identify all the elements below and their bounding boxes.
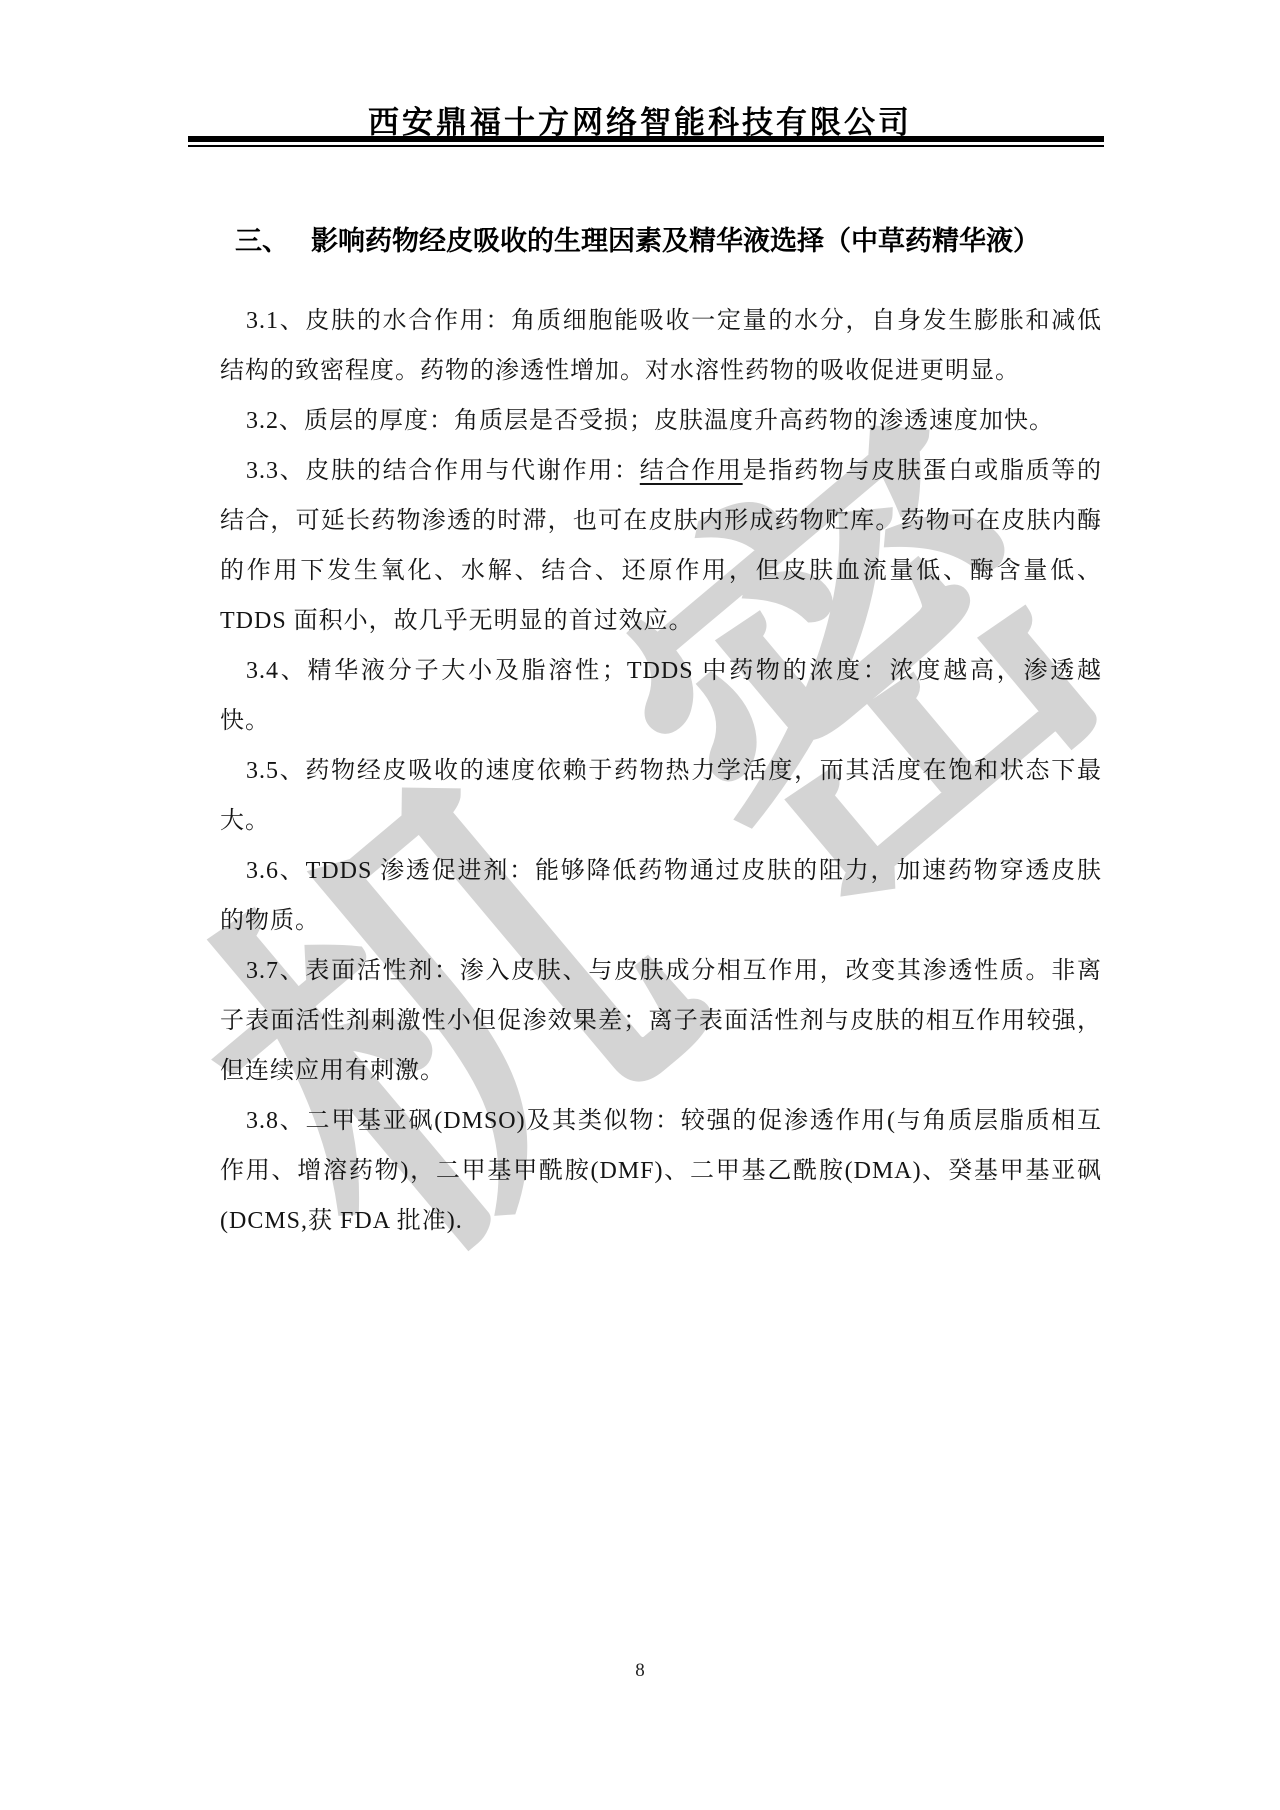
section-number: 三、 bbox=[235, 226, 289, 256]
page-number: 8 bbox=[0, 1660, 1280, 1682]
section-title-text: 影响药物经皮吸收的生理因素及精华液选择（中草药精华液） bbox=[311, 226, 1040, 256]
paragraph-text: 3.1、皮肤的水合作用：角质细胞能吸收一定量的水分，自身发生膨胀和减低结构的致密… bbox=[220, 308, 1102, 384]
paragraph-text: 3.8、二甲基亚砜(DMSO)及其类似物：较强的促渗透作用(与角质层脂质相互作用… bbox=[220, 1108, 1102, 1234]
body-text: 3.1、皮肤的水合作用：角质细胞能吸收一定量的水分，自身发生膨胀和减低结构的致密… bbox=[220, 296, 1102, 1246]
paragraph-text: 3.6、TDDS 渗透促进剂：能够降低药物通过皮肤的阻力，加速药物穿透皮肤的物质… bbox=[220, 858, 1102, 934]
paragraph-3-3: 3.3、皮肤的结合作用与代谢作用：结合作用是指药物与皮肤蛋白或脂质等的结合，可延… bbox=[220, 446, 1102, 646]
document-page: { "page": { "header": { "company": "西安鼎福… bbox=[0, 0, 1280, 1810]
paragraph-3-2: 3.2、质层的厚度：角质层是否受损；皮肤温度升高药物的渗透速度加快。 bbox=[220, 396, 1102, 446]
section-title: 三、影响药物经皮吸收的生理因素及精华液选择（中草药精华液） bbox=[235, 219, 1040, 258]
paragraph-3-8: 3.8、二甲基亚砜(DMSO)及其类似物：较强的促渗透作用(与角质层脂质相互作用… bbox=[220, 1096, 1102, 1246]
paragraph-3-5: 3.5、药物经皮吸收的速度依赖于药物热力学活度，而其活度在饱和状态下最大。 bbox=[220, 746, 1102, 846]
paragraph-3-1: 3.1、皮肤的水合作用：角质细胞能吸收一定量的水分，自身发生膨胀和减低结构的致密… bbox=[220, 296, 1102, 396]
paragraph-text: 3.5、药物经皮吸收的速度依赖于药物热力学活度，而其活度在饱和状态下最大。 bbox=[220, 758, 1102, 834]
header-rule-thick-line bbox=[188, 136, 1104, 142]
underlined-term: 结合作用 bbox=[640, 458, 743, 484]
header-rule-thin-line bbox=[188, 145, 1104, 147]
paragraph-text: 3.3、皮肤的结合作用与代谢作用： bbox=[246, 458, 640, 484]
paragraph-text: 3.4、精华液分子大小及脂溶性；TDDS 中药物的浓度：浓度越高，渗透越快。 bbox=[220, 658, 1102, 734]
paragraph-text: 3.7、表面活性剂：渗入皮肤、与皮肤成分相互作用，改变其渗透性质。非离子表面活性… bbox=[220, 958, 1102, 1084]
paragraph-3-7: 3.7、表面活性剂：渗入皮肤、与皮肤成分相互作用，改变其渗透性质。非离子表面活性… bbox=[220, 946, 1102, 1096]
paragraph-text: 是指药物与皮肤蛋白或脂质等的结合，可延长药物渗透的时滞，也可在皮肤内形成药物贮库… bbox=[220, 458, 1102, 634]
header-rule bbox=[188, 136, 1104, 147]
paragraph-3-6: 3.6、TDDS 渗透促进剂：能够降低药物通过皮肤的阻力，加速药物穿透皮肤的物质… bbox=[220, 846, 1102, 946]
paragraph-3-4: 3.4、精华液分子大小及脂溶性；TDDS 中药物的浓度：浓度越高，渗透越快。 bbox=[220, 646, 1102, 746]
paragraph-text: 3.2、质层的厚度：角质层是否受损；皮肤温度升高药物的渗透速度加快。 bbox=[246, 408, 1054, 434]
